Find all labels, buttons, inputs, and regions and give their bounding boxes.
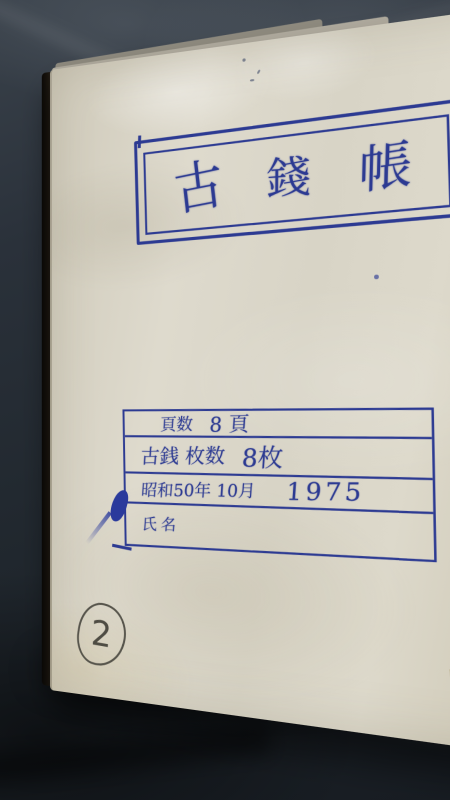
info-row-value: 8 頁 [209,410,251,438]
info-row-name: 氏名 [126,503,434,559]
ink-speck [242,58,245,62]
fabric-fold [0,724,271,785]
title-box: 古 錢 帳 [134,98,450,245]
info-row-pages: 頁数 8 頁 [124,410,431,439]
title-char: 錢 [267,154,312,202]
title-char: 帳 [358,137,414,197]
info-row-value: 1975 [285,479,365,508]
title-box-inner: 古 錢 帳 [143,114,450,235]
page-number-circle: 2 [74,598,130,673]
info-row-label: 昭和50年 10月 [141,477,257,502]
title-char: 古 [172,156,227,220]
info-row-label: 古銭 枚数 [140,440,226,469]
info-row-label: 氏名 [141,513,181,536]
notebook: 古 錢 帳 頁数 8 頁 古銭 枚数 8枚 昭和50年 10月 [50,4,450,755]
ink-overshoot [138,136,141,149]
ink-speck [250,79,254,82]
info-row-value: 8枚 [241,438,285,474]
ink-speck [257,69,261,74]
info-box: 頁数 8 頁 古銭 枚数 8枚 昭和50年 10月 1975 氏名 [122,408,436,563]
notebook-cover: 古 錢 帳 頁数 8 頁 古銭 枚数 8枚 昭和50年 10月 [50,4,450,755]
page-number: 2 [90,613,113,657]
photo: 古 錢 帳 頁数 8 頁 古銭 枚数 8枚 昭和50年 10月 [0,0,450,800]
info-row-label: 頁数 [160,411,194,436]
ink-speck [374,275,379,280]
